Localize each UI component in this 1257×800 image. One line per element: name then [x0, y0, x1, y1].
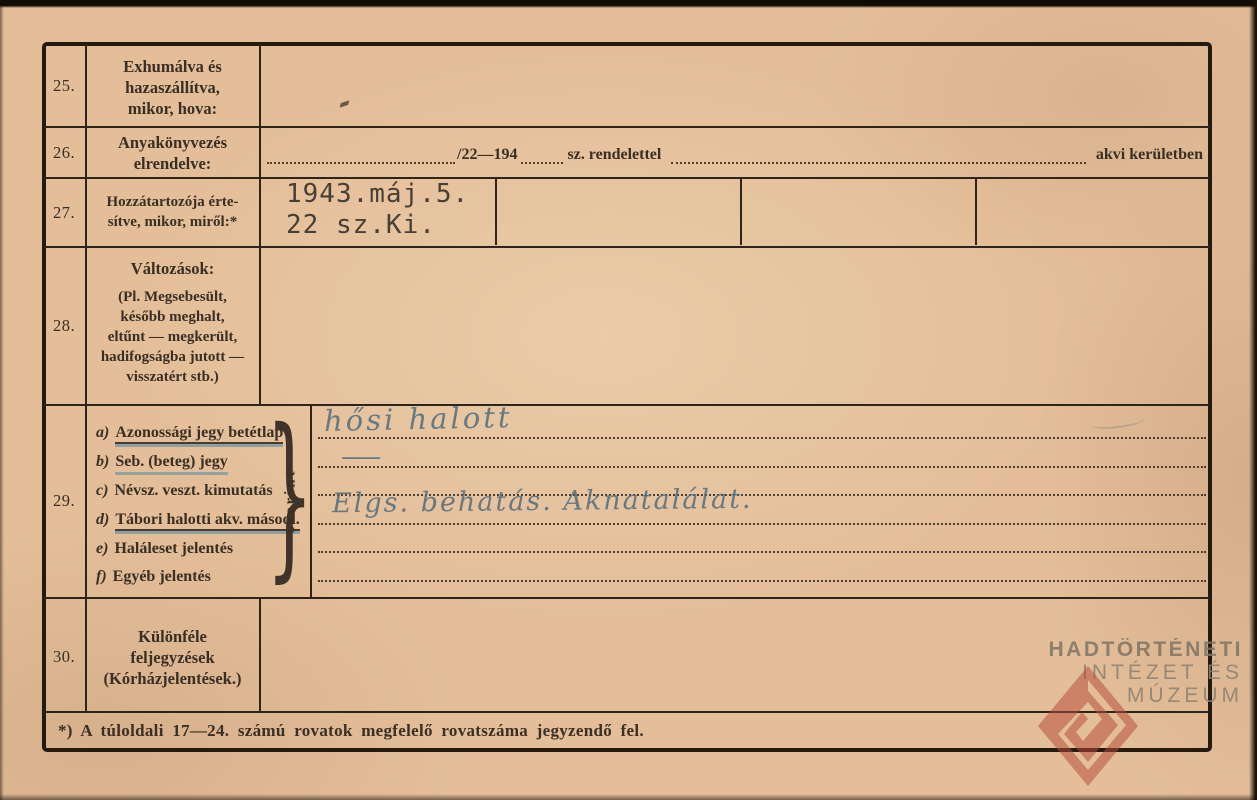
item-letter: d) — [96, 511, 115, 528]
label-column-divider — [259, 597, 261, 711]
decree-prefix: /22—194 — [455, 146, 519, 164]
stamp-line: 1943.máj.5. — [286, 179, 469, 210]
szerint-vertical-label: szerint — [283, 460, 300, 542]
item-text: Haláleset jelentés — [114, 540, 233, 557]
photo-edge-top — [0, 0, 1257, 8]
row27-subdivider — [495, 179, 497, 245]
label-line: eltűnt — megkerült, — [86, 327, 259, 347]
dotted-fill — [671, 156, 1086, 164]
row-divider — [44, 404, 1210, 406]
row-28-label: Változások: (Pl. Megsebesült, később meg… — [86, 258, 259, 387]
photo-edge-left — [0, 0, 4, 800]
decree-mid: sz. rendelettel — [565, 146, 663, 164]
dotted-entry-line — [318, 464, 1206, 468]
row-29-number: 29. — [44, 491, 84, 511]
row-divider — [44, 126, 1210, 128]
dotted-entry-line — [318, 521, 1206, 525]
watermark-line: HADTÖRTÉNETI — [983, 638, 1243, 661]
label-line: később meghalt, — [86, 307, 259, 327]
item-text: Egyéb jelentés — [113, 568, 211, 585]
footnote: *) A túloldali 17—24. számú rovatok megf… — [58, 721, 1158, 741]
label-line: sítve, mikor, miről:* — [86, 212, 259, 232]
label-column-divider — [259, 44, 261, 404]
item-text: Névsz. veszt. kimutatás — [114, 482, 272, 499]
row-30-number: 30. — [44, 647, 84, 667]
label-line: hadifogságba jutott — — [86, 347, 259, 367]
decree-suffix: akvi kerületben — [1094, 146, 1205, 164]
row-27-label: Hozzátartozója érte- sítve, mikor, miről… — [86, 192, 259, 232]
item-letter: c) — [96, 482, 114, 499]
handwriting-cause-of-death: Elgs. behatás. Aknatalálat. — [332, 484, 753, 519]
label-line: mikor, hova: — [86, 98, 259, 119]
label-line: hazaszállítva, — [86, 77, 259, 98]
item-text: Seb. (beteg) jegy — [115, 453, 227, 475]
dotted-entry-line — [318, 549, 1206, 553]
label-line: Hozzátartozója érte- — [86, 192, 259, 212]
dotted-entry-line — [318, 435, 1206, 439]
row-28-title: Változások: — [86, 258, 259, 279]
row-26-decree-line: /22—194 sz. rendelettel akvi kerületben — [267, 140, 1205, 164]
stamp-line: 22 sz.Ki. — [286, 210, 469, 241]
row-25-label: Exhumálva és hazaszállítva, mikor, hova: — [86, 56, 259, 119]
label-line: Exhumálva és — [86, 56, 259, 77]
item-letter: b) — [96, 453, 115, 470]
label-line: (Pl. Megsebesült, — [86, 287, 259, 307]
label-line: (Kórházjelentések.) — [86, 668, 259, 689]
museum-logo-icon — [1036, 664, 1140, 788]
label-line: Anyakönyvezés — [86, 132, 259, 153]
item-text: Azonossági jegy betétlap — [115, 424, 283, 444]
row27-subdivider — [975, 179, 977, 245]
row-28-number: 28. — [44, 316, 84, 336]
dotted-fill — [521, 156, 563, 164]
row-25-number: 25. — [44, 76, 84, 96]
handwriting-dash: — — [340, 442, 382, 472]
item-letter: a) — [96, 424, 115, 441]
handwriting-hosi-halott: hősi halott — [324, 400, 513, 438]
row-26-label: Anyakönyvezés elrendelve: — [86, 132, 259, 174]
record-card-scan: 25. Exhumálva és hazaszállítva, mikor, h… — [0, 0, 1257, 800]
photo-edge-bottom — [0, 794, 1257, 800]
row-divider — [44, 597, 1210, 599]
typed-notification-stamp: 1943.máj.5. 22 sz.Ki. — [286, 179, 469, 241]
row-27-number: 27. — [44, 203, 84, 223]
row-30-label: Különféle feljegyzések (Kórházjelentések… — [86, 626, 259, 689]
row27-subdivider — [740, 179, 742, 245]
row-divider — [44, 246, 1210, 248]
label-line: feljegyzések — [86, 647, 259, 668]
item-letter: f) — [96, 568, 113, 585]
item-letter: e) — [96, 540, 114, 557]
photo-edge-right — [1249, 0, 1257, 800]
dotted-fill — [267, 156, 455, 164]
row-divider — [44, 177, 1210, 179]
label-line: elrendelve: — [86, 153, 259, 174]
label-line: visszatért stb.) — [86, 367, 259, 387]
row-26-number: 26. — [44, 143, 84, 163]
dotted-entry-line — [318, 578, 1206, 582]
label-line: Különféle — [86, 626, 259, 647]
